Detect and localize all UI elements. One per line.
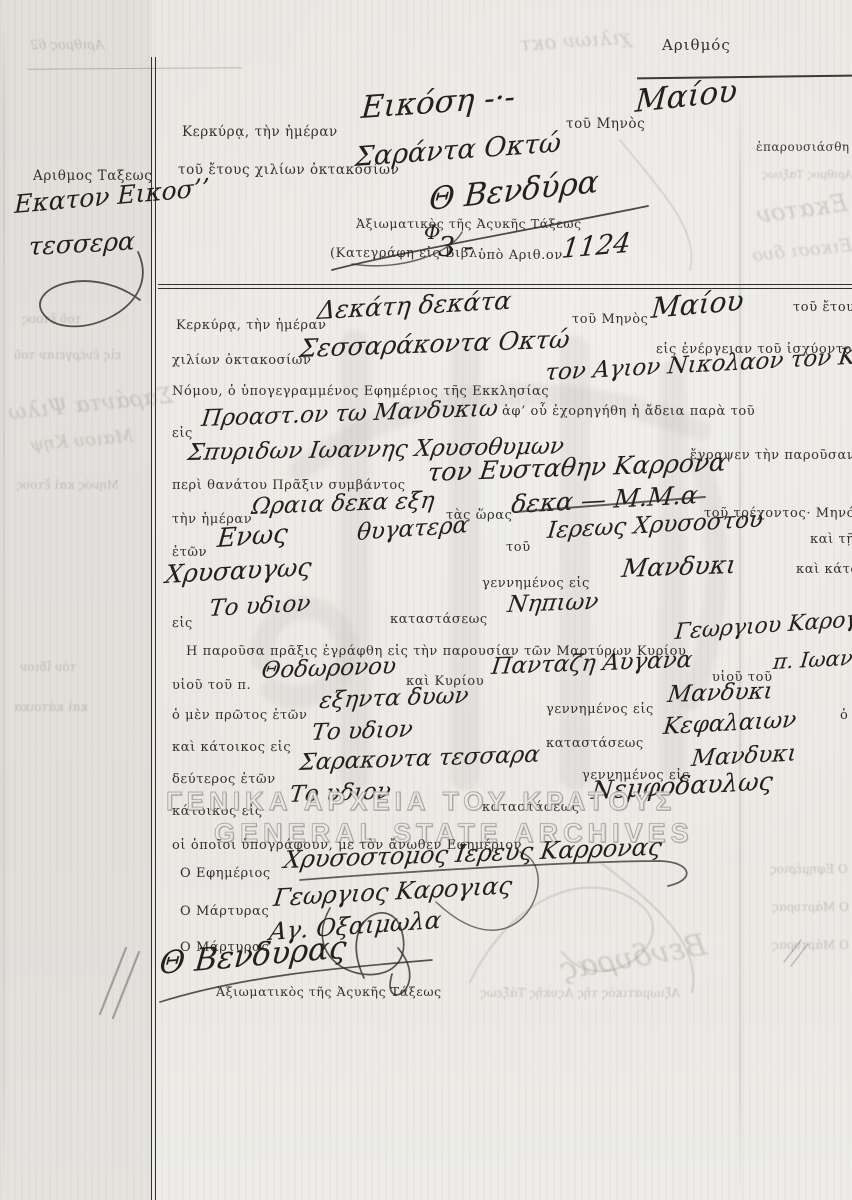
ghost-witness-label-1: Ο Μάρτυρας — [772, 900, 849, 914]
witness2-father-handwritten: π. Ιωαννη — [772, 644, 852, 674]
status-label: καταστάσεως — [390, 612, 488, 627]
number-underline — [637, 75, 852, 79]
witness1-status-handwritten: Κεφαλαιων — [662, 707, 798, 740]
number-label: Αριθμός — [662, 36, 731, 54]
body-month-label: τοῦ Μηνὸς — [572, 312, 649, 327]
born-value-handwritten: Μανδυκι — [620, 550, 738, 583]
place-value-handwritten: Προαστ.ον τω Μανδυκιω — [200, 396, 499, 432]
ghost-right-1: Αριθμος Ταξεως — [762, 168, 852, 181]
ghost-right-3: Εικοσι δυο — [751, 235, 852, 266]
ghost-bleed-5: Μηνός καὶ ἔτους — [16, 478, 119, 492]
son-of-label: υἱοῦ τοῦ π. — [172, 678, 251, 693]
second-cut-right: ὁ δ — [840, 708, 852, 723]
under-number-label: ὑπὸ Αριθ.ον — [478, 248, 563, 263]
left-edge-line — [3, 0, 5, 1200]
body-day-value-handwritten: Δεκάτη δεκάτα — [316, 286, 513, 325]
body-place-day-label: Κερκύρᾳ, τὴν ἡμέραν — [176, 318, 327, 333]
top-month-value-handwritten: Μαίου — [634, 73, 738, 120]
age-value-handwritten: Ενως — [216, 519, 289, 554]
and-the-right: καὶ τῇ — [810, 532, 852, 547]
top-place-day-label: Κερκύρᾳ, τὴν ἡμέραν — [182, 124, 338, 140]
witness2-age-handwritten: Σαρακοντα τεσσαρα — [298, 741, 541, 776]
at2-label: εἰς — [172, 616, 193, 631]
book-number-handwritten: 3 - — [438, 232, 473, 263]
status-value-handwritten: Νηπιων — [506, 589, 600, 618]
left-double-rule — [151, 57, 156, 1200]
relation-value-handwritten: θυγατερα — [356, 512, 469, 546]
ghost-officer-title: Αξιωματικός τῆς Αςυκῆς Τάξεως — [480, 986, 680, 1000]
top-officer-title-label: Ἀξιωματικὸς τῆς Ἀςυκῆς Τάξεως — [356, 216, 582, 231]
witness1-signature-handwritten: Γεωργιος Καρογιας — [272, 871, 514, 912]
witness1-residence-handwritten: Το υδιον — [310, 716, 414, 746]
witness1-label: Ο Μάρτυρας — [180, 904, 269, 919]
ghost-right-2: Εκατον — [754, 189, 849, 230]
entry-number-handwritten: 1124 — [560, 228, 632, 265]
top-day-value-handwritten: Εικόση -·- — [360, 79, 516, 126]
ghost-bleed-6: τὸν ἴδιον — [20, 660, 76, 674]
first-witness-age-label: ὁ μὲν πρῶτος ἐτῶν — [172, 708, 308, 723]
ghost-priest-label: Ο Εφημέριος — [770, 862, 848, 876]
status2-label: καταστάσεως — [546, 736, 644, 751]
top-officer-signature: Θ Βενδύρα — [428, 164, 600, 218]
witness1-born-handwritten: Μανδυκι — [666, 678, 775, 708]
witness1-age-handwritten: εξηντα δυων — [318, 683, 470, 714]
at-label: εἰς — [172, 426, 193, 441]
permission-granted-line: ἀφ’ οὗ ἐχορηγήθη ἡ ἄδεια παρὰ τοῦ — [502, 404, 755, 419]
body-year-value-handwritten: Σεσσαράκοντα Οκτώ — [298, 324, 572, 363]
ghost-bleed-1: τοῦ ἔτους — [22, 312, 81, 326]
body-month-value-handwritten: Μαίου — [650, 284, 745, 325]
second-witness-age-label: δεύτερος ἐτῶν — [172, 772, 276, 787]
top-year-value-handwritten: Σαράντα Οκτώ — [354, 127, 562, 173]
officer-signature-handwritten: Θ Βενδυρας — [158, 929, 348, 982]
ghost-witness-label-2: Ο Μάρτυρας — [772, 938, 849, 952]
officer-title-label: Ἀξιωματικὸς τῆς Ἀςυκῆς Τάξεως — [216, 984, 442, 999]
born2-label: γεννημένος εἰς — [546, 702, 654, 717]
of-year-right: τοῦ ἔτους — [793, 300, 852, 315]
residence-value-handwritten: Το υδιον — [208, 591, 312, 622]
ghost-bleed-2: εἰς ἐνέργειαν τοῦ — [14, 348, 121, 362]
body-year-label: χιλίων ὀκτακοσίων — [172, 353, 312, 368]
witness1-name-handwritten: Γεωργιου Καρογια — [674, 605, 852, 645]
scanned-death-record-page: Αριθμος 62 Αριθμος Ταξεως Εκατον Εικοσ’’… — [0, 0, 852, 1200]
archives-watermark-greek: ΓΕΝΙΚΑ ΑΡΧΕΙΑ ΤΟΥ ΚΡΑΤΟΥΣ — [166, 786, 676, 817]
ghost-margin-number: Αριθμος 62 — [30, 38, 104, 53]
witness1-father-handwritten: Θοδωρονου — [260, 653, 398, 684]
death-day-handwritten: Ωραια δεκα εξη — [250, 487, 436, 520]
presented-label: ἐπαρουσιάσθη — [756, 140, 850, 154]
ghost-officer-signature: Βενδυρας — [558, 927, 709, 987]
margin-order-number-value-line2: τεσσερα — [28, 226, 136, 261]
priest-label: Ο Εφημέριος — [180, 866, 271, 881]
ghost-bleed-7: καὶ κάτοικα — [14, 700, 88, 714]
and-resident-right: καὶ κάτοικε — [796, 562, 852, 577]
ghost-top-center: χιλιων οκτ — [519, 24, 632, 56]
resident1-label: καὶ κάτοικος εἰς — [172, 740, 291, 755]
of-the-label: τοῦ — [506, 540, 531, 555]
